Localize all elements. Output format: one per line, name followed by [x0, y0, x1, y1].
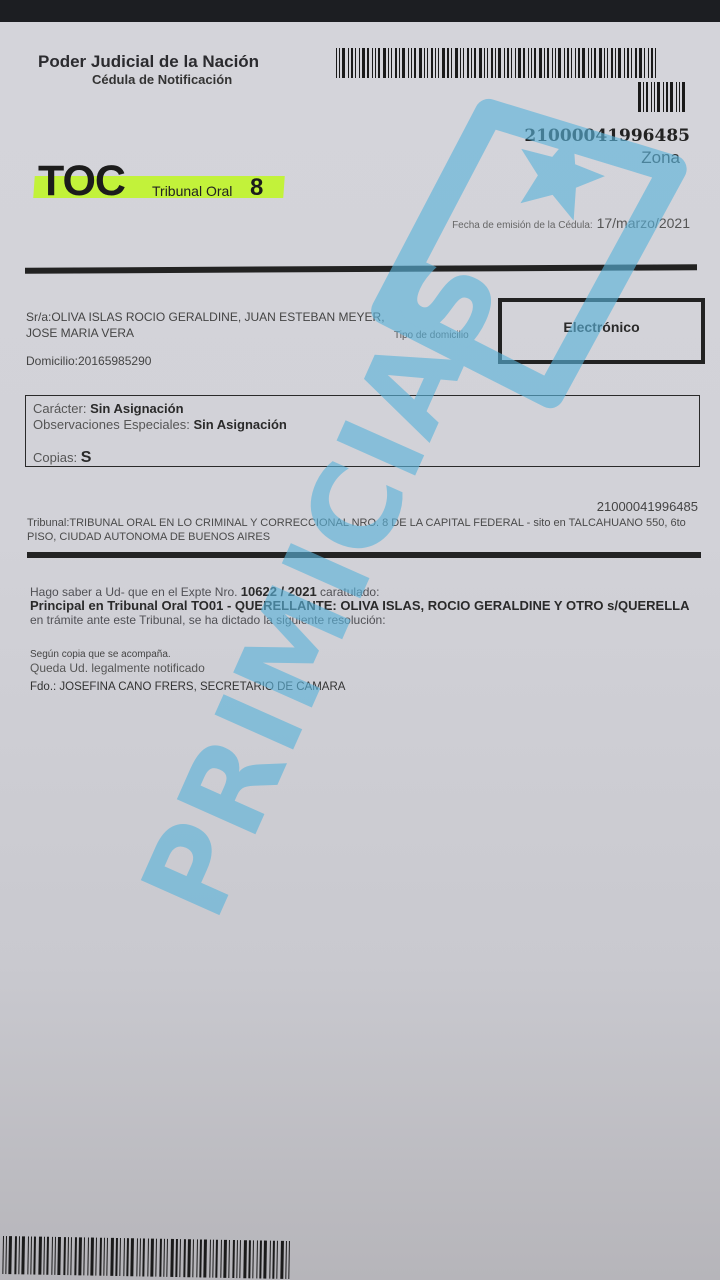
caracter-value: Sin Asignación — [90, 401, 183, 416]
copias-label: Copias: — [33, 450, 77, 465]
notificado-line: Queda Ud. legalmente notificado — [30, 661, 205, 675]
info-box: Carácter: Sin Asignación Observaciones E… — [25, 395, 700, 467]
caracter-label: Carácter: — [33, 401, 86, 416]
intro-line: Hago saber a Ud- que en el Expte Nro. 10… — [30, 585, 710, 599]
caracter-row: Carácter: Sin Asignación — [33, 401, 184, 416]
cedula-number-repeat: 21000041996485 — [597, 499, 698, 514]
tipo-domicilio-box: Electrónico — [498, 298, 705, 364]
issue-date-label: Fecha de emisión de la Cédula: — [452, 220, 593, 231]
tipo-domicilio-value: Electrónico — [563, 319, 639, 335]
segun-copia: Según copia que se acompaña. — [30, 649, 171, 660]
document-type: Cédula de Notificación — [92, 72, 232, 87]
tribunal-number: 8 — [250, 174, 263, 202]
tribunal-address: Tribunal:TRIBUNAL ORAL EN LO CRIMINAL Y … — [27, 516, 697, 544]
tribunal-label: Tribunal Oral — [152, 183, 232, 199]
barcode-bottom — [2, 1236, 293, 1279]
cedula-number: 21000041996485 — [524, 126, 690, 146]
copias-value: S — [81, 449, 92, 466]
observaciones-value: Sin Asignación — [193, 417, 286, 432]
zona-label: Zona — [641, 148, 680, 168]
institution-title: Poder Judicial de la Nación — [38, 52, 259, 72]
issue-date-value: 17/marzo/2021 — [597, 215, 690, 231]
tramite-line: en trámite ante este Tribunal, se ha dic… — [30, 613, 710, 627]
expediente-number: 10622 / 2021 — [241, 584, 317, 599]
barcode-top — [336, 48, 659, 78]
observaciones-row: Observaciones Especiales: Sin Asignación — [33, 417, 287, 432]
notification-body: Hago saber a Ud- que en el Expte Nro. 10… — [30, 585, 710, 627]
signature-line: Fdo.: JOSEFINA CANO FRERS, SECRETARIO DE… — [30, 681, 345, 693]
intro-suffix: caratulado: — [320, 585, 379, 599]
recipients: Sr/a:OLIVA ISLAS ROCIO GERALDINE, JUAN E… — [26, 309, 386, 341]
divider — [27, 552, 701, 558]
domicilio: Domicilio:20165985290 — [26, 354, 151, 368]
intro-prefix: Hago saber a Ud- que en el Expte Nro. — [30, 585, 237, 599]
issue-date: Fecha de emisión de la Cédula: 17/marzo/… — [452, 215, 690, 231]
caratula: Principal en Tribunal Oral TO01 - QUEREL… — [30, 599, 710, 613]
tipo-domicilio-label: Tipo de domicilio — [394, 330, 469, 341]
observaciones-label: Observaciones Especiales: — [33, 417, 190, 432]
copias-row: Copias: S — [33, 449, 91, 467]
toc-label: TOC — [38, 157, 125, 206]
barcode-small — [638, 82, 688, 112]
